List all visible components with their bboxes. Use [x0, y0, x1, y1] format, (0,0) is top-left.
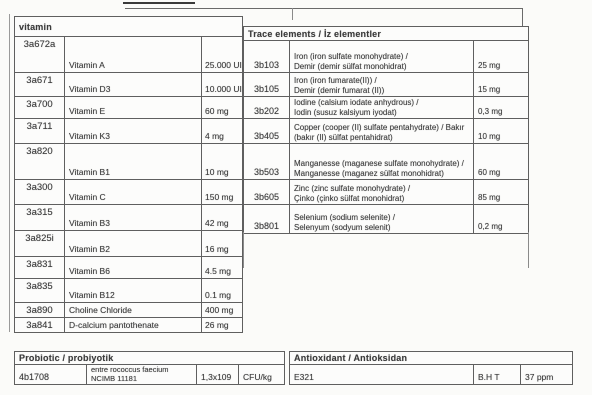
- table-row: 3a841 D-calcium pantothenate 26 mg: [15, 318, 242, 332]
- scanned-label-page: vitamin 3a672a Vitamin A 25.000 UI 3a671…: [0, 0, 592, 395]
- unit-cell: CFU/kg: [239, 365, 284, 384]
- name-cell: Vitamin B12: [65, 279, 202, 302]
- name-cell: Vitamin B2: [65, 231, 202, 256]
- name-cell: Zinc (zinc sulfate monohydrate) / Çinko …: [290, 180, 474, 204]
- code-cell: 3a315: [15, 205, 65, 230]
- value-cell: 10 mg: [202, 144, 242, 179]
- name-line-tr: Manganesse (maganez sülfat monohidrat): [294, 169, 464, 179]
- scan-artifact-top-bar: [123, 2, 195, 4]
- name-line-en: Iodine (calsium iodate anhydrous) /: [294, 98, 419, 108]
- value-cell: 42 mg: [202, 205, 242, 230]
- name-cell: Vitamin B3: [65, 205, 202, 230]
- name-cell: E321: [290, 365, 474, 384]
- scan-artifact-mid-tick: [292, 8, 293, 20]
- name-line-en: Iron (iron fumarate(II)) /: [294, 76, 384, 86]
- value-cell: 10.000 UI: [202, 73, 242, 96]
- value-cell: 85 mg: [474, 180, 528, 204]
- name-cell: Iron (iron fumarate(II)) / Demir (demir …: [290, 73, 474, 96]
- table-header-row: Antioxidant / Antioksidan: [290, 352, 572, 365]
- scan-artifact-top-line: [125, 8, 523, 9]
- probiotic-table: Probiotic / probiyotik 4b1708 entre roco…: [14, 351, 285, 385]
- code-cell: 3a890: [15, 303, 65, 317]
- table-row: 3b801 Selenium (sodium selenite) / Selen…: [244, 205, 528, 233]
- value-cell: 4 mg: [202, 119, 242, 143]
- value-cell: 37 ppm: [521, 365, 572, 384]
- scan-artifact-left-edge: [9, 14, 10, 332]
- code-cell: 3a831: [15, 257, 65, 278]
- name-cell: Vitamin A: [65, 37, 202, 72]
- table-row: 3a672a Vitamin A 25.000 UI: [15, 37, 242, 73]
- table-row: 3a835 Vitamin B12 0.1 mg: [15, 279, 242, 303]
- code-cell: 3b605: [244, 180, 290, 204]
- name-cell: Vitamin E: [65, 97, 202, 118]
- name-cell: D-calcium pantothenate: [65, 318, 202, 332]
- name-cell: Vitamin K3: [65, 119, 202, 143]
- value-cell: 25 mg: [474, 41, 528, 72]
- name-cell: Manganesse (maganese sulfate monohydrate…: [290, 144, 474, 179]
- value-cell: 16 mg: [202, 231, 242, 256]
- table-row: 3a820 Vitamin B1 10 mg: [15, 144, 242, 180]
- code-cell: 3a835: [15, 279, 65, 302]
- code-cell: 3a671: [15, 73, 65, 96]
- code-cell: 3b202: [244, 97, 290, 118]
- antioxidant-title: Antioxidant / Antioksidan: [290, 352, 572, 364]
- name-cell: entre rococcus faecium NCIMB 11181: [87, 365, 197, 384]
- table-row: 3a315 Vitamin B3 42 mg: [15, 205, 242, 231]
- name-line-tr: Demir (demir sülfat monohidrat): [294, 62, 408, 72]
- trace-elements-title: Trace elements / İz elementler: [244, 27, 528, 40]
- value-cell: 60 mg: [474, 144, 528, 179]
- table-row: 3b202 Iodine (calsium iodate anhydrous) …: [244, 97, 528, 119]
- probiotic-title: Probiotic / probiyotik: [15, 352, 284, 364]
- value-cell: 15 mg: [474, 73, 528, 96]
- table-row: 3b105 Iron (iron fumarate(II)) / Demir (…: [244, 73, 528, 97]
- trace-table-empty-extension: [243, 232, 529, 268]
- code-cell: 3a841: [15, 318, 65, 332]
- value-cell: 0,2 mg: [474, 205, 528, 233]
- code-cell: 3b105: [244, 73, 290, 96]
- value-cell: 400 mg: [202, 303, 242, 317]
- table-header-row: Trace elements / İz elementler: [244, 27, 528, 41]
- name-cell: Vitamin B6: [65, 257, 202, 278]
- name-line-en: Manganesse (maganese sulfate monohydrate…: [294, 159, 464, 169]
- table-row: 3b605 Zinc (zinc sulfate monohydrate) / …: [244, 180, 528, 205]
- code-cell: 3a672a: [15, 37, 65, 72]
- name-cell: Vitamin B1: [65, 144, 202, 179]
- name-cell: Vitamin C: [65, 180, 202, 204]
- value-cell: 26 mg: [202, 318, 242, 332]
- scan-artifact-right-tick: [522, 8, 523, 26]
- table-row: 3a825i Vitamin B2 16 mg: [15, 231, 242, 257]
- code-cell: 3b503: [244, 144, 290, 179]
- code-cell: 3a820: [15, 144, 65, 179]
- table-row: 3b405 Copper (cooper (II) sulfate pentah…: [244, 119, 528, 144]
- name-cell: Vitamin D3: [65, 73, 202, 96]
- value-cell: 10 mg: [474, 119, 528, 143]
- table-row: 3a831 Vitamin B6 4.5 mg: [15, 257, 242, 279]
- code-cell: 3a825i: [15, 231, 65, 256]
- table-row: 4b1708 entre rococcus faecium NCIMB 1118…: [15, 365, 284, 384]
- strain-id: NCIMB 11181: [91, 375, 169, 384]
- value-cell: 0,3 mg: [474, 97, 528, 118]
- code-cell: 3b405: [244, 119, 290, 143]
- value-cell: 4.5 mg: [202, 257, 242, 278]
- code-cell: 3b103: [244, 41, 290, 72]
- name-cell: Selenium (sodium selenite) / Selenyum (s…: [290, 205, 474, 233]
- name-line-en: Iron (iron sulfate monohydrate) /: [294, 52, 408, 62]
- vitamin-table-title: vitamin: [15, 17, 242, 36]
- name-line-tr: Iodin (susuz kalsiyum iyodat): [294, 108, 419, 118]
- table-header-row: Probiotic / probiyotik: [15, 352, 284, 365]
- name-cell: Copper (cooper (II) sulfate pentahydrate…: [290, 119, 474, 143]
- value-cell: 60 mg: [202, 97, 242, 118]
- table-row: 3a700 Vitamin E 60 mg: [15, 97, 242, 119]
- table-row: 3b503 Manganesse (maganese sulfate monoh…: [244, 144, 528, 180]
- value-cell: 1,3x109: [197, 365, 239, 384]
- code-cell: 3a711: [15, 119, 65, 143]
- code-cell: 3a300: [15, 180, 65, 204]
- table-row: 3a890 Choline Chloride 400 mg: [15, 303, 242, 318]
- name-line-tr: Çinko (çinko sülfat monohidrat): [294, 194, 410, 204]
- table-row: E321 B.H T 37 ppm: [290, 365, 572, 384]
- name-cell: Iron (iron sulfate monohydrate) / Demir …: [290, 41, 474, 72]
- name-line-en: Zinc (zinc sulfate monohydrate) /: [294, 184, 410, 194]
- vitamin-table: vitamin 3a672a Vitamin A 25.000 UI 3a671…: [14, 16, 243, 333]
- code-cell: 3a700: [15, 97, 65, 118]
- name-line-en: Selenium (sodium selenite) /: [294, 213, 395, 223]
- name-line-tr: Selenyum (sodyum selenit): [294, 223, 395, 233]
- name-line-tr: (bakır (II) sülfat pentahidrat): [294, 133, 464, 143]
- table-header-row: vitamin: [15, 17, 242, 37]
- value-cell: 0.1 mg: [202, 279, 242, 302]
- table-row: 3b103 Iron (iron sulfate monohydrate) / …: [244, 41, 528, 73]
- code-cell: 3b801: [244, 205, 290, 233]
- value-cell: 25.000 UI: [202, 37, 242, 72]
- code-cell: 4b1708: [15, 365, 87, 384]
- code-cell: B.H T: [474, 365, 521, 384]
- table-row: 3a300 Vitamin C 150 mg: [15, 180, 242, 205]
- name-line-tr: Demir (demir fumarat (II)): [294, 86, 384, 96]
- table-row: 3a711 Vitamin K3 4 mg: [15, 119, 242, 144]
- antioxidant-table: Antioxidant / Antioksidan E321 B.H T 37 …: [289, 351, 573, 385]
- name-cell: Iodine (calsium iodate anhydrous) / Iodi…: [290, 97, 474, 118]
- trace-elements-table: Trace elements / İz elementler 3b103 Iro…: [243, 26, 529, 234]
- name-cell: Choline Chloride: [65, 303, 202, 317]
- value-cell: 150 mg: [202, 180, 242, 204]
- name-line-en: Copper (cooper (II) sulfate pentahydrate…: [294, 123, 464, 133]
- table-row: 3a671 Vitamin D3 10.000 UI: [15, 73, 242, 97]
